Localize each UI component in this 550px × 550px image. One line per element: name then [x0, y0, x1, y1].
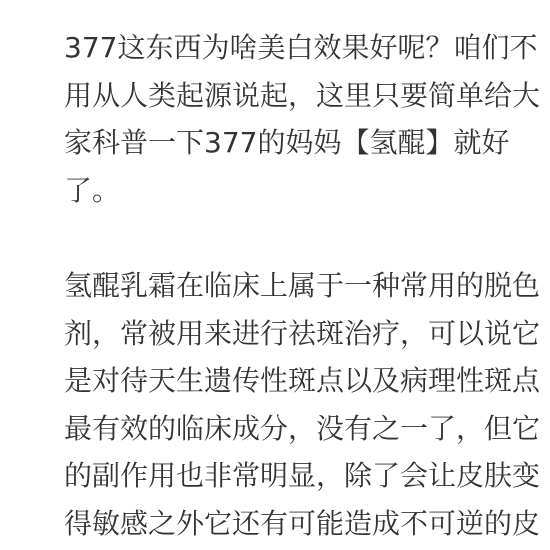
text-line: 家科普一下377的妈妈【氢醌】就好 [64, 119, 464, 167]
paragraph-intro: 377这东西为啥美白效果好呢？咱们不 用从人类起源说起，这里只要简单给大 家科普… [64, 24, 464, 214]
text-line: 剂，常被用来进行祛斑治疗，可以说它 [64, 310, 464, 358]
paragraph-hydroquinone: 氢醌乳霜在临床上属于一种常用的脱色 剂，常被用来进行祛斑治疗，可以说它 是对待天… [64, 262, 464, 548]
text-line: 是对待天生遗传性斑点以及病理性斑点 [64, 357, 464, 405]
text-line: 用从人类起源说起，这里只要简单给大 [64, 72, 464, 120]
text-line: 最有效的临床成分，没有之一了，但它 [64, 405, 464, 453]
text-line: 377这东西为啥美白效果好呢？咱们不 [64, 24, 464, 72]
text-line: 得敏感之外它还有可能造成不可逆的皮 [64, 500, 464, 548]
text-line: 了。 [64, 167, 464, 215]
text-line: 的副作用也非常明显，除了会让皮肤变 [64, 452, 464, 500]
text-line: 氢醌乳霜在临床上属于一种常用的脱色 [64, 262, 464, 310]
article-body: 377这东西为啥美白效果好呢？咱们不 用从人类起源说起，这里只要简单给大 家科普… [64, 24, 464, 548]
